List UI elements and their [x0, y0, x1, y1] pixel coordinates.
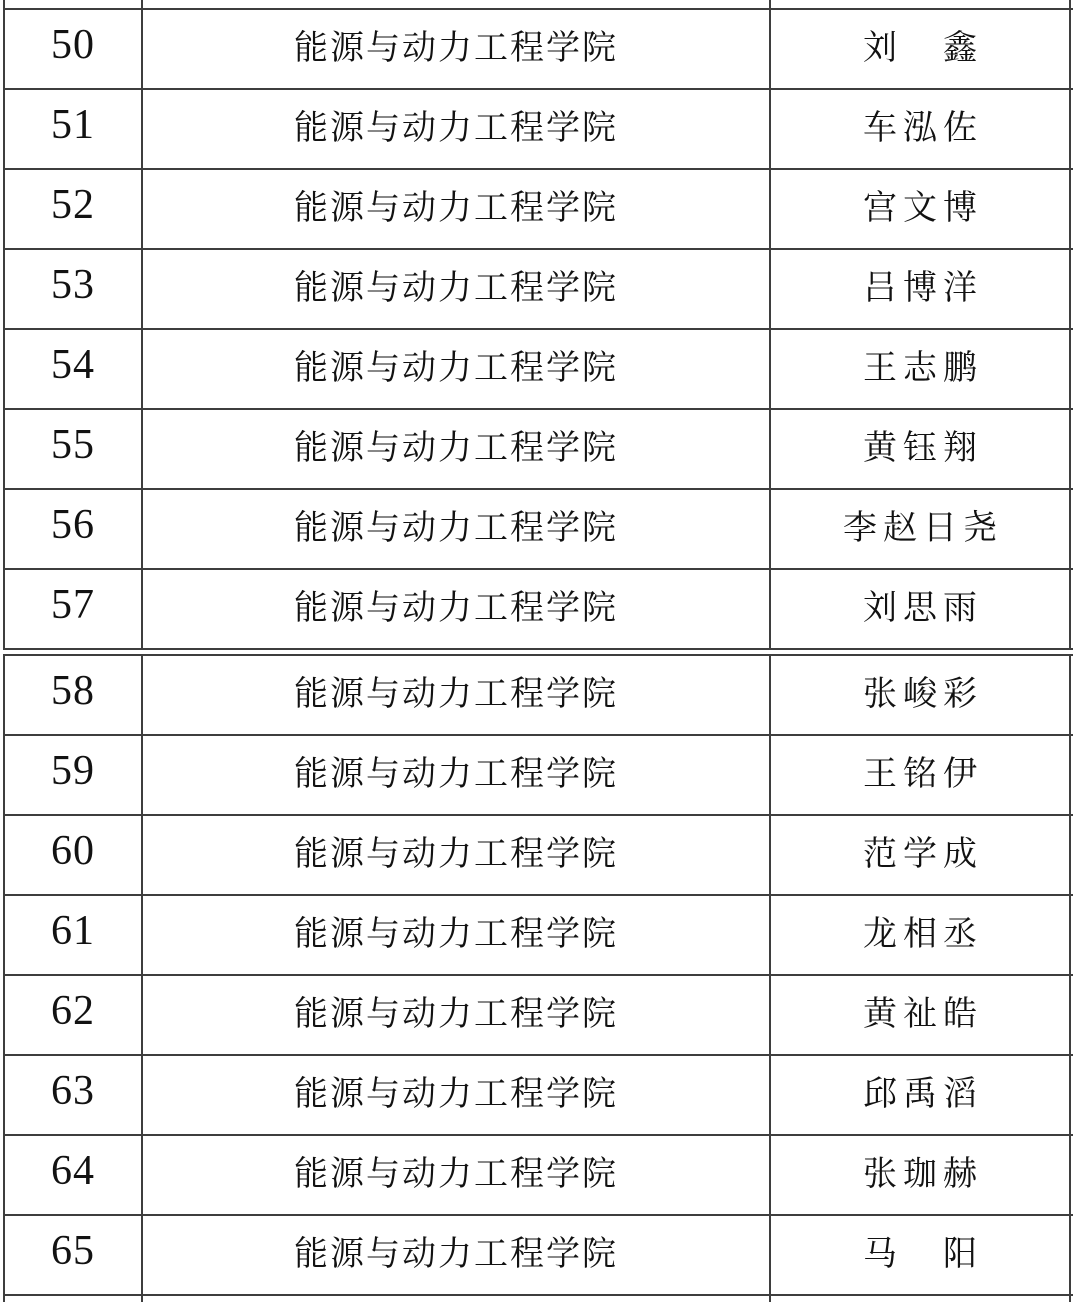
table-row: 61 能源与动力工程学院 龙相丞: [3, 894, 1073, 974]
student-name-cell: 吕博洋: [769, 250, 1071, 328]
college-cell: 能源与动力工程学院: [141, 170, 769, 248]
row-number-cell: 60: [3, 816, 141, 894]
row-number-cell: 58: [3, 656, 141, 734]
table-row: 53 能源与动力工程学院 吕博洋: [3, 248, 1073, 328]
table-row: 60 能源与动力工程学院 范学成: [3, 814, 1073, 894]
row-number-cell: 54: [3, 330, 141, 408]
row-number-cell: 50: [3, 10, 141, 88]
row-number-cell: 59: [3, 736, 141, 814]
college-cell: 能源与动力工程学院: [141, 656, 769, 734]
college-cell: 能源与动力工程学院: [141, 330, 769, 408]
student-name-cell: 车泓佐: [769, 90, 1071, 168]
college-cell: 能源与动力工程学院: [141, 736, 769, 814]
table-row: 52 能源与动力工程学院 宫文博: [3, 168, 1073, 248]
student-name-cell: 宫文博: [769, 170, 1071, 248]
table-row: 62 能源与动力工程学院 黄祉皓: [3, 974, 1073, 1054]
college-cell: 能源与动力工程学院: [141, 976, 769, 1054]
college-cell: [141, 1296, 769, 1302]
table-row: 64 能源与动力工程学院 张珈赫: [3, 1134, 1073, 1214]
table-row: 56 能源与动力工程学院 李赵日尧: [3, 488, 1073, 568]
college-cell: 能源与动力工程学院: [141, 90, 769, 168]
row-number-cell: 61: [3, 896, 141, 974]
row-number-cell: 57: [3, 570, 141, 648]
student-name-cell: 邱禹滔: [769, 1056, 1071, 1134]
college-cell: 能源与动力工程学院: [141, 10, 769, 88]
row-number-cell: 63: [3, 1056, 141, 1134]
row-number-cell: 56: [3, 490, 141, 568]
college-cell: 能源与动力工程学院: [141, 896, 769, 974]
table-row: 51 能源与动力工程学院 车泓佐: [3, 88, 1073, 168]
row-number-cell: 51: [3, 90, 141, 168]
table-row: 54 能源与动力工程学院 王志鹏: [3, 328, 1073, 408]
table-row-partial-bottom: [3, 1294, 1073, 1302]
student-name-cell: [769, 1296, 1071, 1302]
student-roster-table: 50 能源与动力工程学院 刘 鑫 51 能源与动力工程学院 车泓佐 52 能源与…: [3, 0, 1073, 1302]
row-number-cell: 62: [3, 976, 141, 1054]
student-name-cell: 张峻彩: [769, 656, 1071, 734]
college-cell: 能源与动力工程学院: [141, 816, 769, 894]
row-number-cell: [3, 1296, 141, 1302]
student-name-cell: 王铭伊: [769, 736, 1071, 814]
row-number-cell: 53: [3, 250, 141, 328]
student-name-cell: 刘 鑫: [769, 10, 1071, 88]
student-name-cell: 龙相丞: [769, 896, 1071, 974]
student-name-cell: 马 阳: [769, 1216, 1071, 1294]
college-cell: 能源与动力工程学院: [141, 570, 769, 648]
student-name-cell: 王志鹏: [769, 330, 1071, 408]
student-name-cell: 范学成: [769, 816, 1071, 894]
college-cell: 能源与动力工程学院: [141, 410, 769, 488]
college-cell: 能源与动力工程学院: [141, 1136, 769, 1214]
table-row: 65 能源与动力工程学院 马 阳: [3, 1214, 1073, 1294]
table-row: 50 能源与动力工程学院 刘 鑫: [3, 8, 1073, 88]
table-row: 55 能源与动力工程学院 黄钰翔: [3, 408, 1073, 488]
student-name-cell: 黄祉皓: [769, 976, 1071, 1054]
college-cell: [141, 0, 769, 8]
row-number-cell: 64: [3, 1136, 141, 1214]
student-name-cell: 张珈赫: [769, 1136, 1071, 1214]
student-name-cell: [769, 0, 1071, 8]
table-row: 59 能源与动力工程学院 王铭伊: [3, 734, 1073, 814]
student-name-cell: 黄钰翔: [769, 410, 1071, 488]
table-row: 58 能源与动力工程学院 张峻彩: [3, 654, 1073, 734]
table-row: 57 能源与动力工程学院 刘思雨: [3, 568, 1073, 650]
college-cell: 能源与动力工程学院: [141, 1056, 769, 1134]
row-number-cell: 52: [3, 170, 141, 248]
college-cell: 能源与动力工程学院: [141, 1216, 769, 1294]
student-name-cell: 刘思雨: [769, 570, 1071, 648]
college-cell: 能源与动力工程学院: [141, 490, 769, 568]
row-number-cell: 55: [3, 410, 141, 488]
college-cell: 能源与动力工程学院: [141, 250, 769, 328]
table-row-partial-top: [3, 0, 1073, 8]
table-row: 63 能源与动力工程学院 邱禹滔: [3, 1054, 1073, 1134]
row-number-cell: [3, 0, 141, 8]
student-name-cell: 李赵日尧: [769, 490, 1071, 568]
row-number-cell: 65: [3, 1216, 141, 1294]
